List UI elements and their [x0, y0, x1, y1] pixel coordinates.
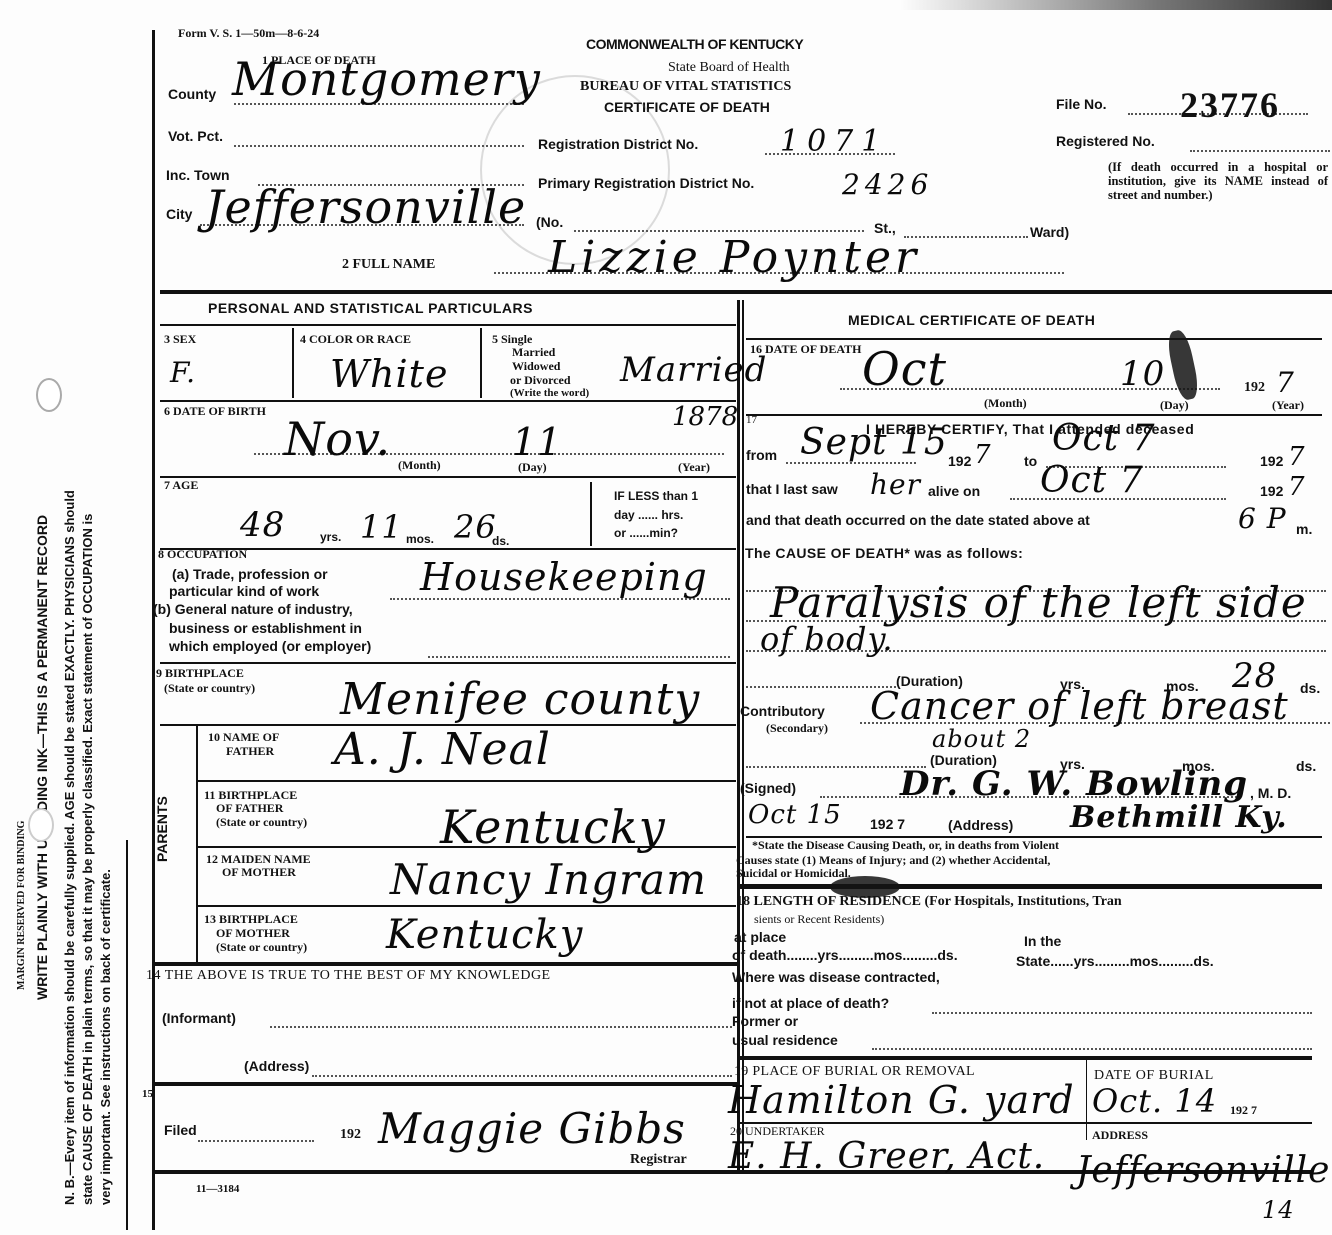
file-no-value: 23776	[1180, 84, 1280, 126]
page-mark: 14	[1262, 1196, 1295, 1224]
hospital-note: (If death occurred in a hospital or inst…	[1108, 160, 1328, 202]
footnote-line-3: Suicidal or Homicidal.	[736, 866, 851, 881]
item-17-number: 17	[746, 414, 757, 426]
race-label: 4 COLOR OR RACE	[300, 332, 411, 347]
in-the-label: In the	[1024, 933, 1061, 949]
dob-month-label: (Month)	[398, 458, 441, 473]
occupation-value: Housekeeping	[420, 555, 708, 599]
punch-hole-top	[36, 378, 62, 412]
alive-year-prefix: 192	[1260, 483, 1283, 499]
scan-edge-shadow	[900, 0, 1332, 10]
former-or-label: Former or	[732, 1013, 798, 1029]
residence-label-1: 18 LENGTH OF RESIDENCE (For Hospitals, I…	[736, 894, 1122, 910]
above-true-statement: 14 THE ABOVE IS TRUE TO THE BEST OF MY K…	[146, 968, 551, 984]
board-name: State Board of Health	[668, 60, 790, 76]
mother-name-label-2: OF MOTHER	[222, 865, 296, 880]
state-title: COMMONWEALTH OF KENTUCKY	[586, 36, 803, 52]
to-year-prefix: 192	[1260, 453, 1283, 469]
burial-year: 192 7	[1230, 1103, 1257, 1118]
dod-year-prefix: 192	[1244, 380, 1265, 396]
dob-day: 11	[512, 420, 562, 464]
outer-left-border	[126, 840, 128, 1230]
sex-label: 3 SEX	[164, 332, 196, 347]
filed-label: Filed	[164, 1122, 197, 1138]
undertaker-value: E. H. Greer, Act.	[728, 1136, 1045, 1177]
registrar-label: Registrar	[630, 1152, 687, 1168]
marital-label-3: Widowed	[512, 359, 560, 374]
death-time-suffix: m.	[1296, 521, 1312, 537]
age-days: 26	[454, 508, 497, 546]
burial-place-value: Hamilton G. yard	[728, 1078, 1075, 1122]
usual-residence-label: usual residence	[732, 1032, 838, 1048]
full-name-value: Lizzie Poynter	[548, 232, 920, 283]
parents-label: PARENTS	[154, 796, 170, 862]
reg-district-value: 1071	[780, 124, 888, 159]
marital-label-4: or Divorced	[510, 373, 571, 388]
alive-on-label: alive on	[928, 483, 980, 499]
primary-district-label: Primary Registration District No.	[538, 175, 754, 191]
age-yrs-label: yrs.	[320, 530, 341, 544]
age-label: 7 AGE	[164, 478, 198, 493]
from-date-value: Sept 15	[800, 422, 948, 463]
medical-header: MEDICAL CERTIFICATE OF DEATH	[848, 312, 1095, 328]
section-divider-top	[160, 290, 1332, 294]
dod-month: Oct	[862, 342, 947, 396]
dod-day: 10	[1120, 354, 1165, 394]
to-date-value: Oct 7	[1052, 418, 1156, 459]
signed-address-value: Bethmill Ky.	[1070, 800, 1288, 835]
informant-label: (Informant)	[162, 1010, 236, 1026]
nb-line-3: very important. See instructions on back…	[98, 869, 114, 1205]
contributory-value: Cancer of left breast	[870, 684, 1289, 728]
cause-of-death-line-2: of body.	[760, 620, 894, 658]
occupation-a-2: particular kind of work	[169, 583, 319, 599]
vot-pct-label: Vot. Pct.	[168, 128, 223, 144]
at-place-label: at place	[734, 929, 786, 945]
dod-day-label: (Day)	[1160, 398, 1189, 413]
no-label: (No.	[536, 214, 563, 230]
dob-day-label: (Day)	[518, 460, 547, 475]
registrar-value: Maggie Gibbs	[378, 1104, 686, 1153]
occupation-b-2: business or establishment in	[169, 620, 362, 636]
left-border	[152, 30, 155, 1230]
duration-2-ds-label: ds.	[1296, 758, 1316, 774]
primary-district-value: 2426	[842, 168, 933, 201]
father-name-value: A. J. Neal	[334, 724, 551, 775]
from-label: from	[746, 447, 777, 463]
filed-item-number: 15	[142, 1088, 153, 1100]
write-plainly-text: WRITE PLAINLY WITH UNFADING INK—THIS IS …	[34, 515, 50, 1000]
dob-year: 1878	[672, 402, 738, 432]
from-year: 7	[974, 440, 992, 470]
nb-line-2: state CAUSE OF DEATH in plain terms, so …	[80, 514, 96, 1205]
occupation-a-1: (a) Trade, profession or	[172, 566, 328, 582]
city-label: City	[166, 206, 192, 222]
state-line: State......yrs.........mos.........ds.	[1016, 953, 1214, 969]
signed-label: (Signed)	[740, 780, 796, 796]
registered-no-label: Registered No.	[1056, 133, 1155, 149]
alive-on-value: Oct 7	[1040, 460, 1144, 501]
undertaker-address-label: ADDRESS	[1092, 1128, 1148, 1143]
age-ds-label: ds.	[492, 534, 509, 548]
secondary-label: (Secondary)	[766, 721, 828, 736]
mother-name-value: Nancy Ingram	[390, 855, 707, 904]
race-value: White	[330, 352, 448, 396]
file-no-label: File No.	[1056, 96, 1107, 112]
duration-ds-label: ds.	[1300, 680, 1320, 696]
father-name-label-2: FATHER	[226, 744, 274, 759]
birthplace-sub: (State or country)	[164, 681, 255, 696]
to-label: to	[1024, 453, 1037, 469]
punch-hole-bottom	[28, 808, 54, 842]
from-year-prefix: 192	[948, 453, 971, 469]
age-months: 11	[360, 508, 403, 546]
marital-value: Married	[620, 350, 767, 390]
to-year: 7	[1288, 442, 1306, 472]
dob-month: Nov.	[284, 412, 391, 466]
sex-value: F.	[170, 356, 196, 389]
city-value: Jeffersonville	[205, 180, 526, 234]
form-id: Form V. S. 1—50m—8-6-24	[178, 26, 319, 41]
dod-year: 7	[1276, 366, 1295, 399]
occupation-b-3: which employed (or employer)	[169, 638, 371, 654]
birthplace-label: 9 BIRTHPLACE	[156, 666, 244, 681]
less-than-line-2: day ...... hrs.	[614, 508, 683, 522]
age-years: 48	[240, 505, 285, 545]
reg-district-label: Registration District No.	[538, 136, 698, 152]
occupation-b-1: (b) General nature of industry,	[153, 601, 353, 617]
death-certificate-page: MARGIN RESERVED FOR BINDING WRITE PLAINL…	[0, 0, 1332, 1235]
mother-birthplace-value: Kentucky	[386, 912, 583, 958]
nb-line-1: N. B.—Every item of information should b…	[62, 490, 78, 1205]
filed-year-prefix: 192	[340, 1127, 361, 1143]
death-time-label: and that death occurred on the date stat…	[746, 512, 1090, 528]
signed-address-label: (Address)	[948, 817, 1013, 833]
signed-value: Dr. G. W. Bowling	[900, 764, 1248, 804]
dod-month-label: (Month)	[984, 396, 1027, 411]
burial-date-value: Oct. 14	[1092, 1082, 1217, 1120]
age-mos-label: mos.	[406, 532, 434, 546]
ward-label: Ward)	[1030, 224, 1069, 240]
mother-birthplace-label-3: (State or country)	[216, 940, 307, 955]
margin-reserved-text: MARGIN RESERVED FOR BINDING	[14, 821, 30, 990]
if-not-label: if not at place of death?	[732, 995, 889, 1011]
informant-address-label: (Address)	[244, 1058, 309, 1074]
full-name-label: 2 FULL NAME	[342, 257, 435, 273]
father-birthplace-label-2: OF FATHER	[216, 801, 283, 816]
occupation-label: 8 OCCUPATION	[158, 547, 247, 562]
signed-date-value: Oct 15	[748, 800, 842, 830]
duration-2-value: about 2	[932, 725, 1031, 753]
county-value: Montgomery	[232, 52, 541, 106]
signed-year: 192 7	[870, 816, 905, 832]
last-saw-pronoun: her	[870, 468, 921, 501]
father-birthplace-label-3: (State or country)	[216, 815, 307, 830]
county-label: County	[168, 86, 216, 102]
dod-label: 16 DATE OF DEATH	[750, 342, 861, 357]
birthplace-value: Menifee county	[340, 674, 700, 725]
death-time-value: 6 P	[1238, 502, 1287, 535]
less-than-line-3: or ......min?	[614, 526, 678, 540]
md-label: , M. D.	[1250, 785, 1291, 801]
contributory-label: Contributory	[740, 703, 825, 719]
dob-label: 6 DATE OF BIRTH	[164, 404, 266, 419]
marital-label-1: 5 Single	[492, 332, 532, 346]
mother-birthplace-label-2: OF MOTHER	[216, 926, 290, 941]
alive-year: 7	[1288, 472, 1306, 502]
residence-label-2: sients or Recent Residents)	[754, 912, 884, 927]
dod-year-label: (Year)	[1272, 398, 1304, 413]
where-contracted-label: Where was disease contracted,	[732, 969, 940, 985]
father-name-label-1: 10 NAME OF	[208, 730, 279, 745]
dob-year-label: (Year)	[678, 460, 710, 475]
footer-code: 11—3184	[196, 1183, 239, 1195]
less-than-line-1: IF LESS than 1	[614, 489, 698, 503]
footnote-line-1: *State the Disease Causing Death, or, in…	[752, 838, 1059, 853]
mother-birthplace-label-1: 13 BIRTHPLACE	[204, 912, 298, 927]
undertaker-address-value: Jeffersonville	[1076, 1150, 1330, 1191]
cause-of-death-label: The CAUSE OF DEATH* was as follows:	[745, 545, 1023, 561]
last-saw-label: that I last saw	[746, 481, 838, 497]
marital-label-5: (Write the word)	[510, 387, 589, 399]
of-death-line: of death........yrs.........mos.........…	[732, 947, 958, 963]
marital-label-2: Married	[512, 345, 555, 360]
personal-header: PERSONAL AND STATISTICAL PARTICULARS	[208, 300, 533, 316]
